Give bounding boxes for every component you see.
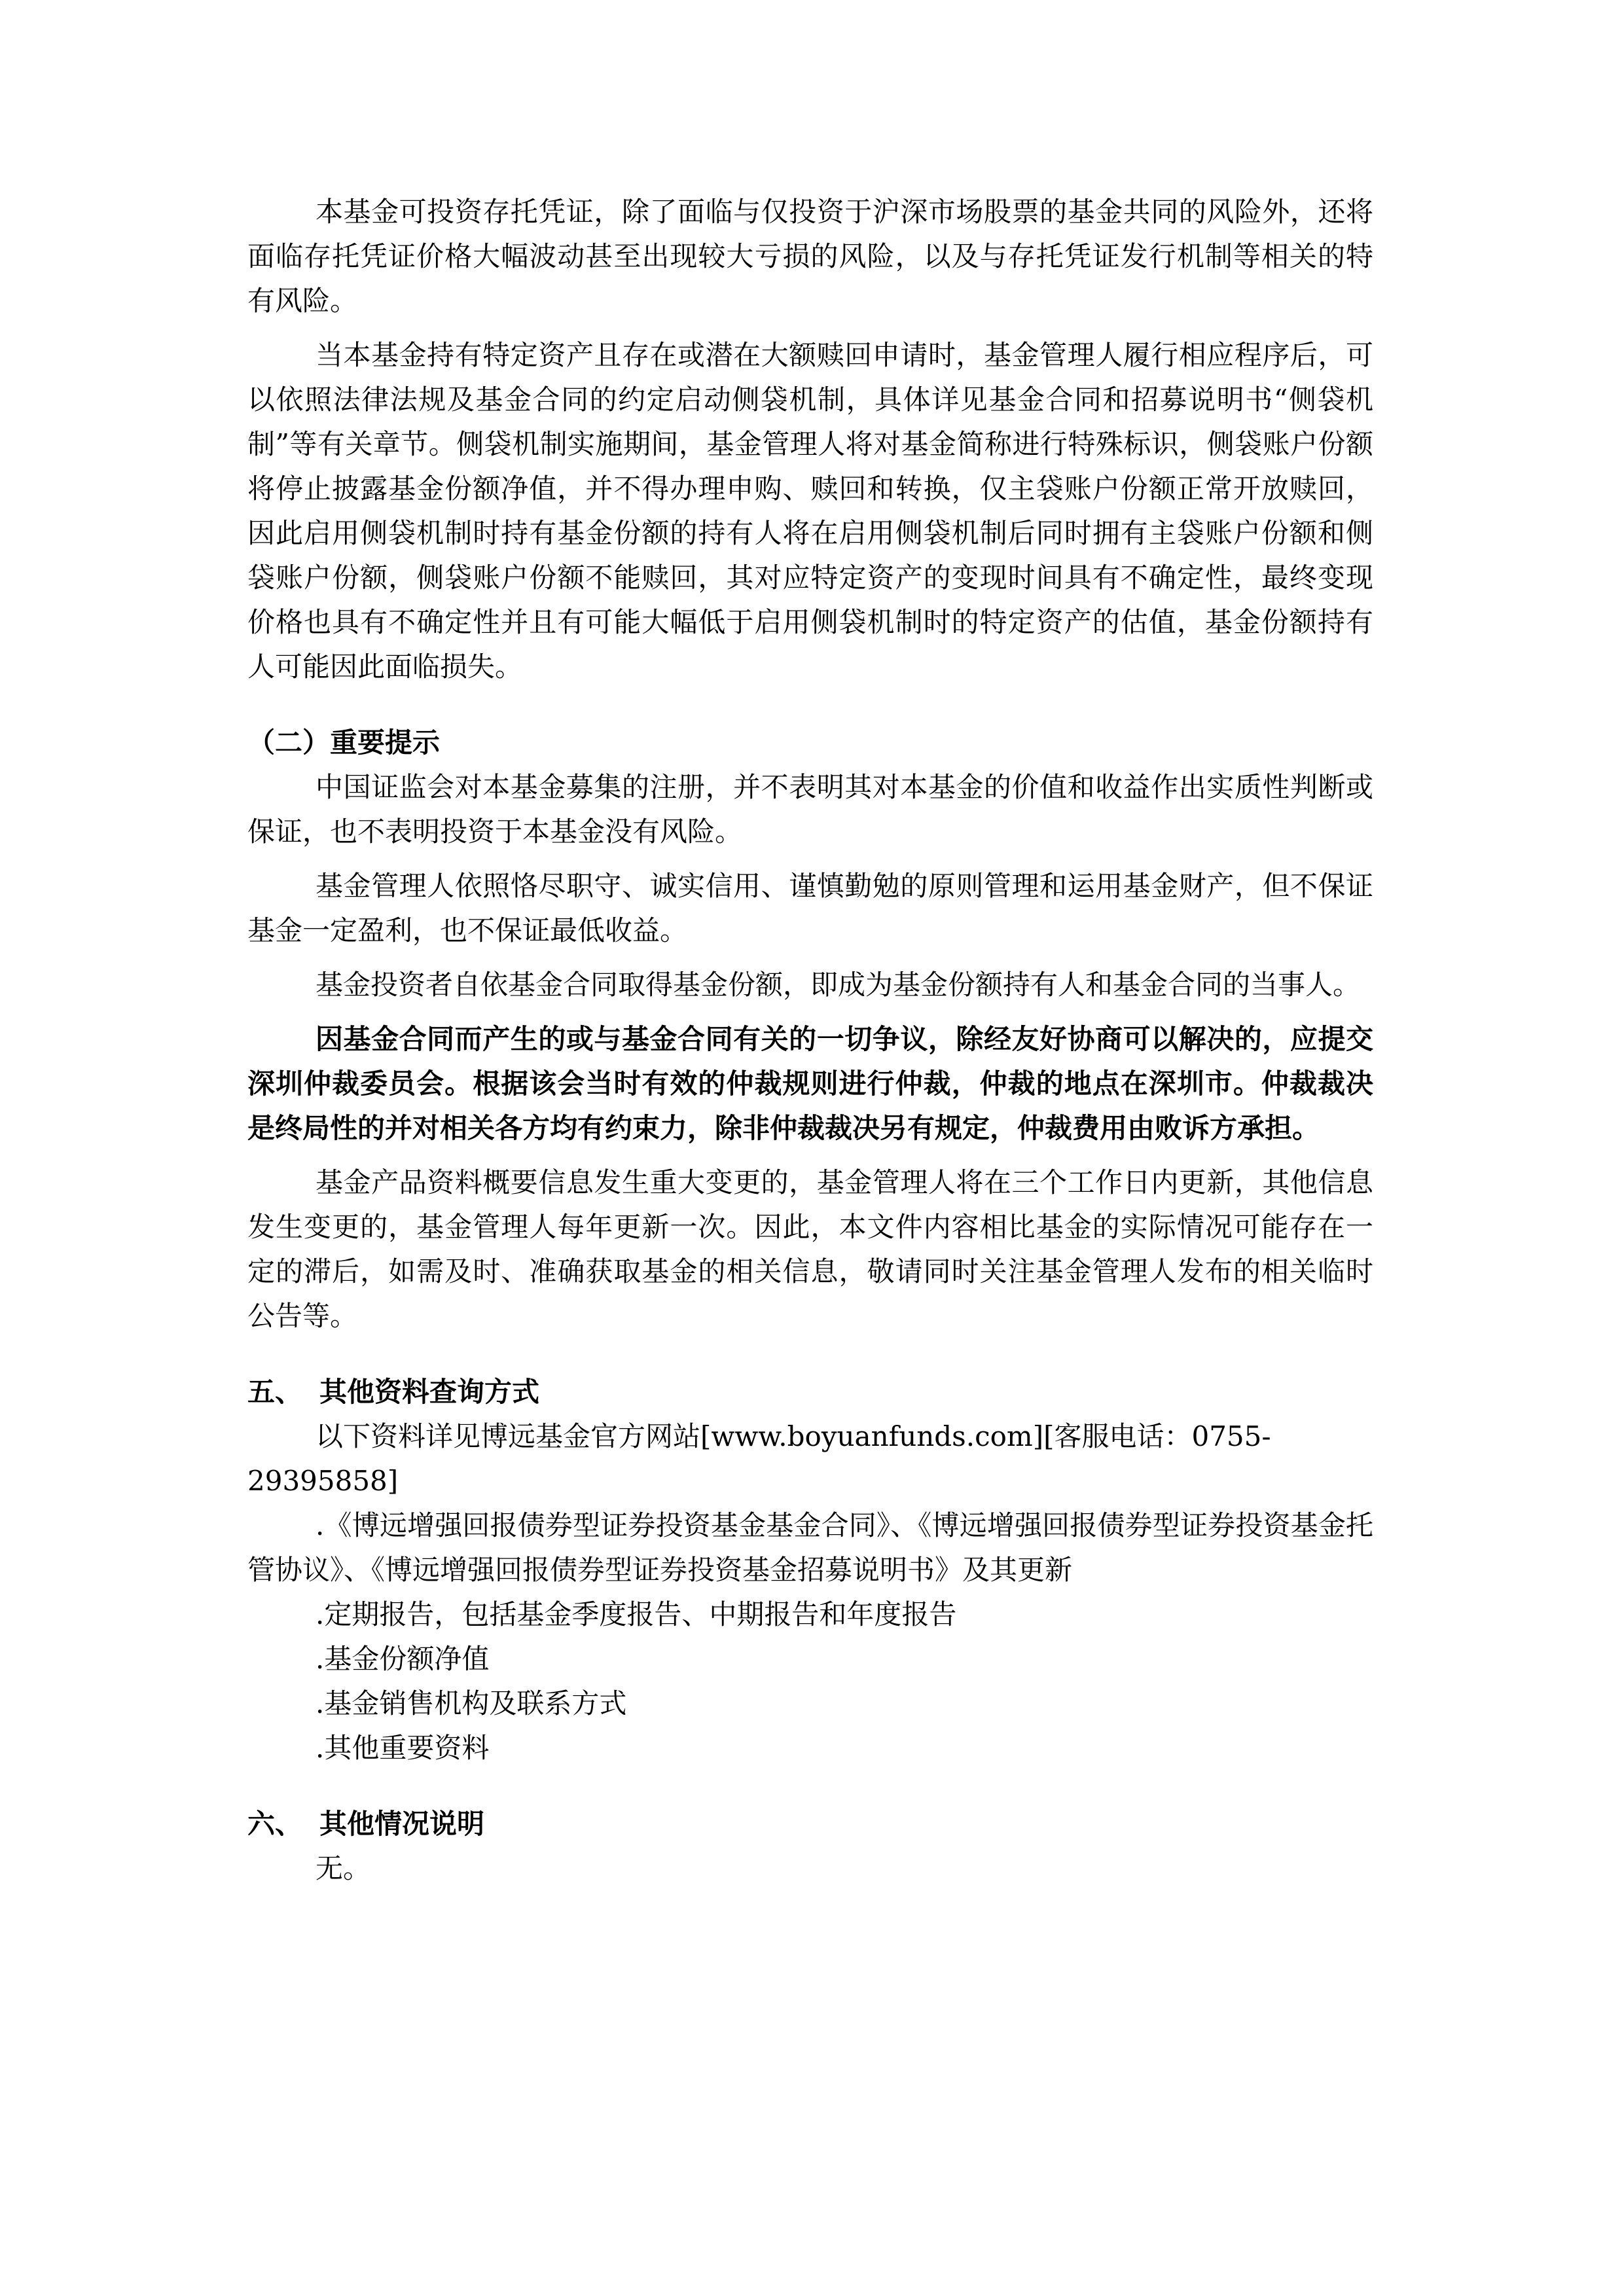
- paragraph-manager-duty: 基金管理人依照恪尽职守、诚实信用、谨慎勤勉的原则管理和运用基金财产，但不保证基金…: [247, 864, 1373, 953]
- list-item-nav: .基金份额净值: [247, 1637, 1373, 1681]
- paragraph-website-hotline: 以下资料详见博远基金官方网站[www.boyuanfunds.com][客服电话…: [247, 1414, 1373, 1503]
- list-item-periodic-reports: .定期报告，包括基金季度报告、中期报告和年度报告: [247, 1592, 1373, 1637]
- list-item-fund-documents: .《博远增强回报债券型证券投资基金基金合同》、《博远增强回报债券型证券投资基金托…: [247, 1503, 1373, 1592]
- paragraph-depositary-receipt-risk: 本基金可投资存托凭证，除了面临与仅投资于沪深市场股票的基金共同的风险外，还将面临…: [247, 190, 1373, 323]
- paragraph-csrc-registration: 中国证监会对本基金募集的注册，并不表明其对本基金的价值和收益作出实质性判断或保证…: [247, 765, 1373, 854]
- section-heading-other-info-access: 五、其他资料查询方式: [247, 1370, 1373, 1414]
- paragraph-side-pocket-mechanism: 当本基金持有特定资产且存在或潜在大额赎回申请时，基金管理人履行相应程序后，可以依…: [247, 333, 1373, 689]
- section-number: 六、: [247, 1802, 319, 1846]
- paragraph-none: 无。: [247, 1846, 1373, 1891]
- section-heading-important-notice: （二）重要提示: [247, 721, 1373, 765]
- paragraph-arbitration: 因基金合同而产生的或与基金合同有关的一切争议，除经友好协商可以解决的，应提交深圳…: [247, 1017, 1373, 1151]
- section-heading-other-notes: 六、其他情况说明: [247, 1802, 1373, 1846]
- list-item-other-materials: .其他重要资料: [247, 1726, 1373, 1770]
- document-page: 本基金可投资存托凭证，除了面临与仅投资于沪深市场股票的基金共同的风险外，还将面临…: [247, 190, 1373, 1891]
- section-title: 其他情况说明: [319, 1808, 484, 1840]
- list-item-sales-agencies: .基金销售机构及联系方式: [247, 1681, 1373, 1726]
- section-title: 其他资料查询方式: [319, 1376, 539, 1408]
- paragraph-investor-status: 基金投资者自依基金合同取得基金份额，即成为基金份额持有人和基金合同的当事人。: [247, 963, 1373, 1007]
- section-number: 五、: [247, 1370, 319, 1414]
- paragraph-update-policy: 基金产品资料概要信息发生重大变更的，基金管理人将在三个工作日内更新，其他信息发生…: [247, 1160, 1373, 1338]
